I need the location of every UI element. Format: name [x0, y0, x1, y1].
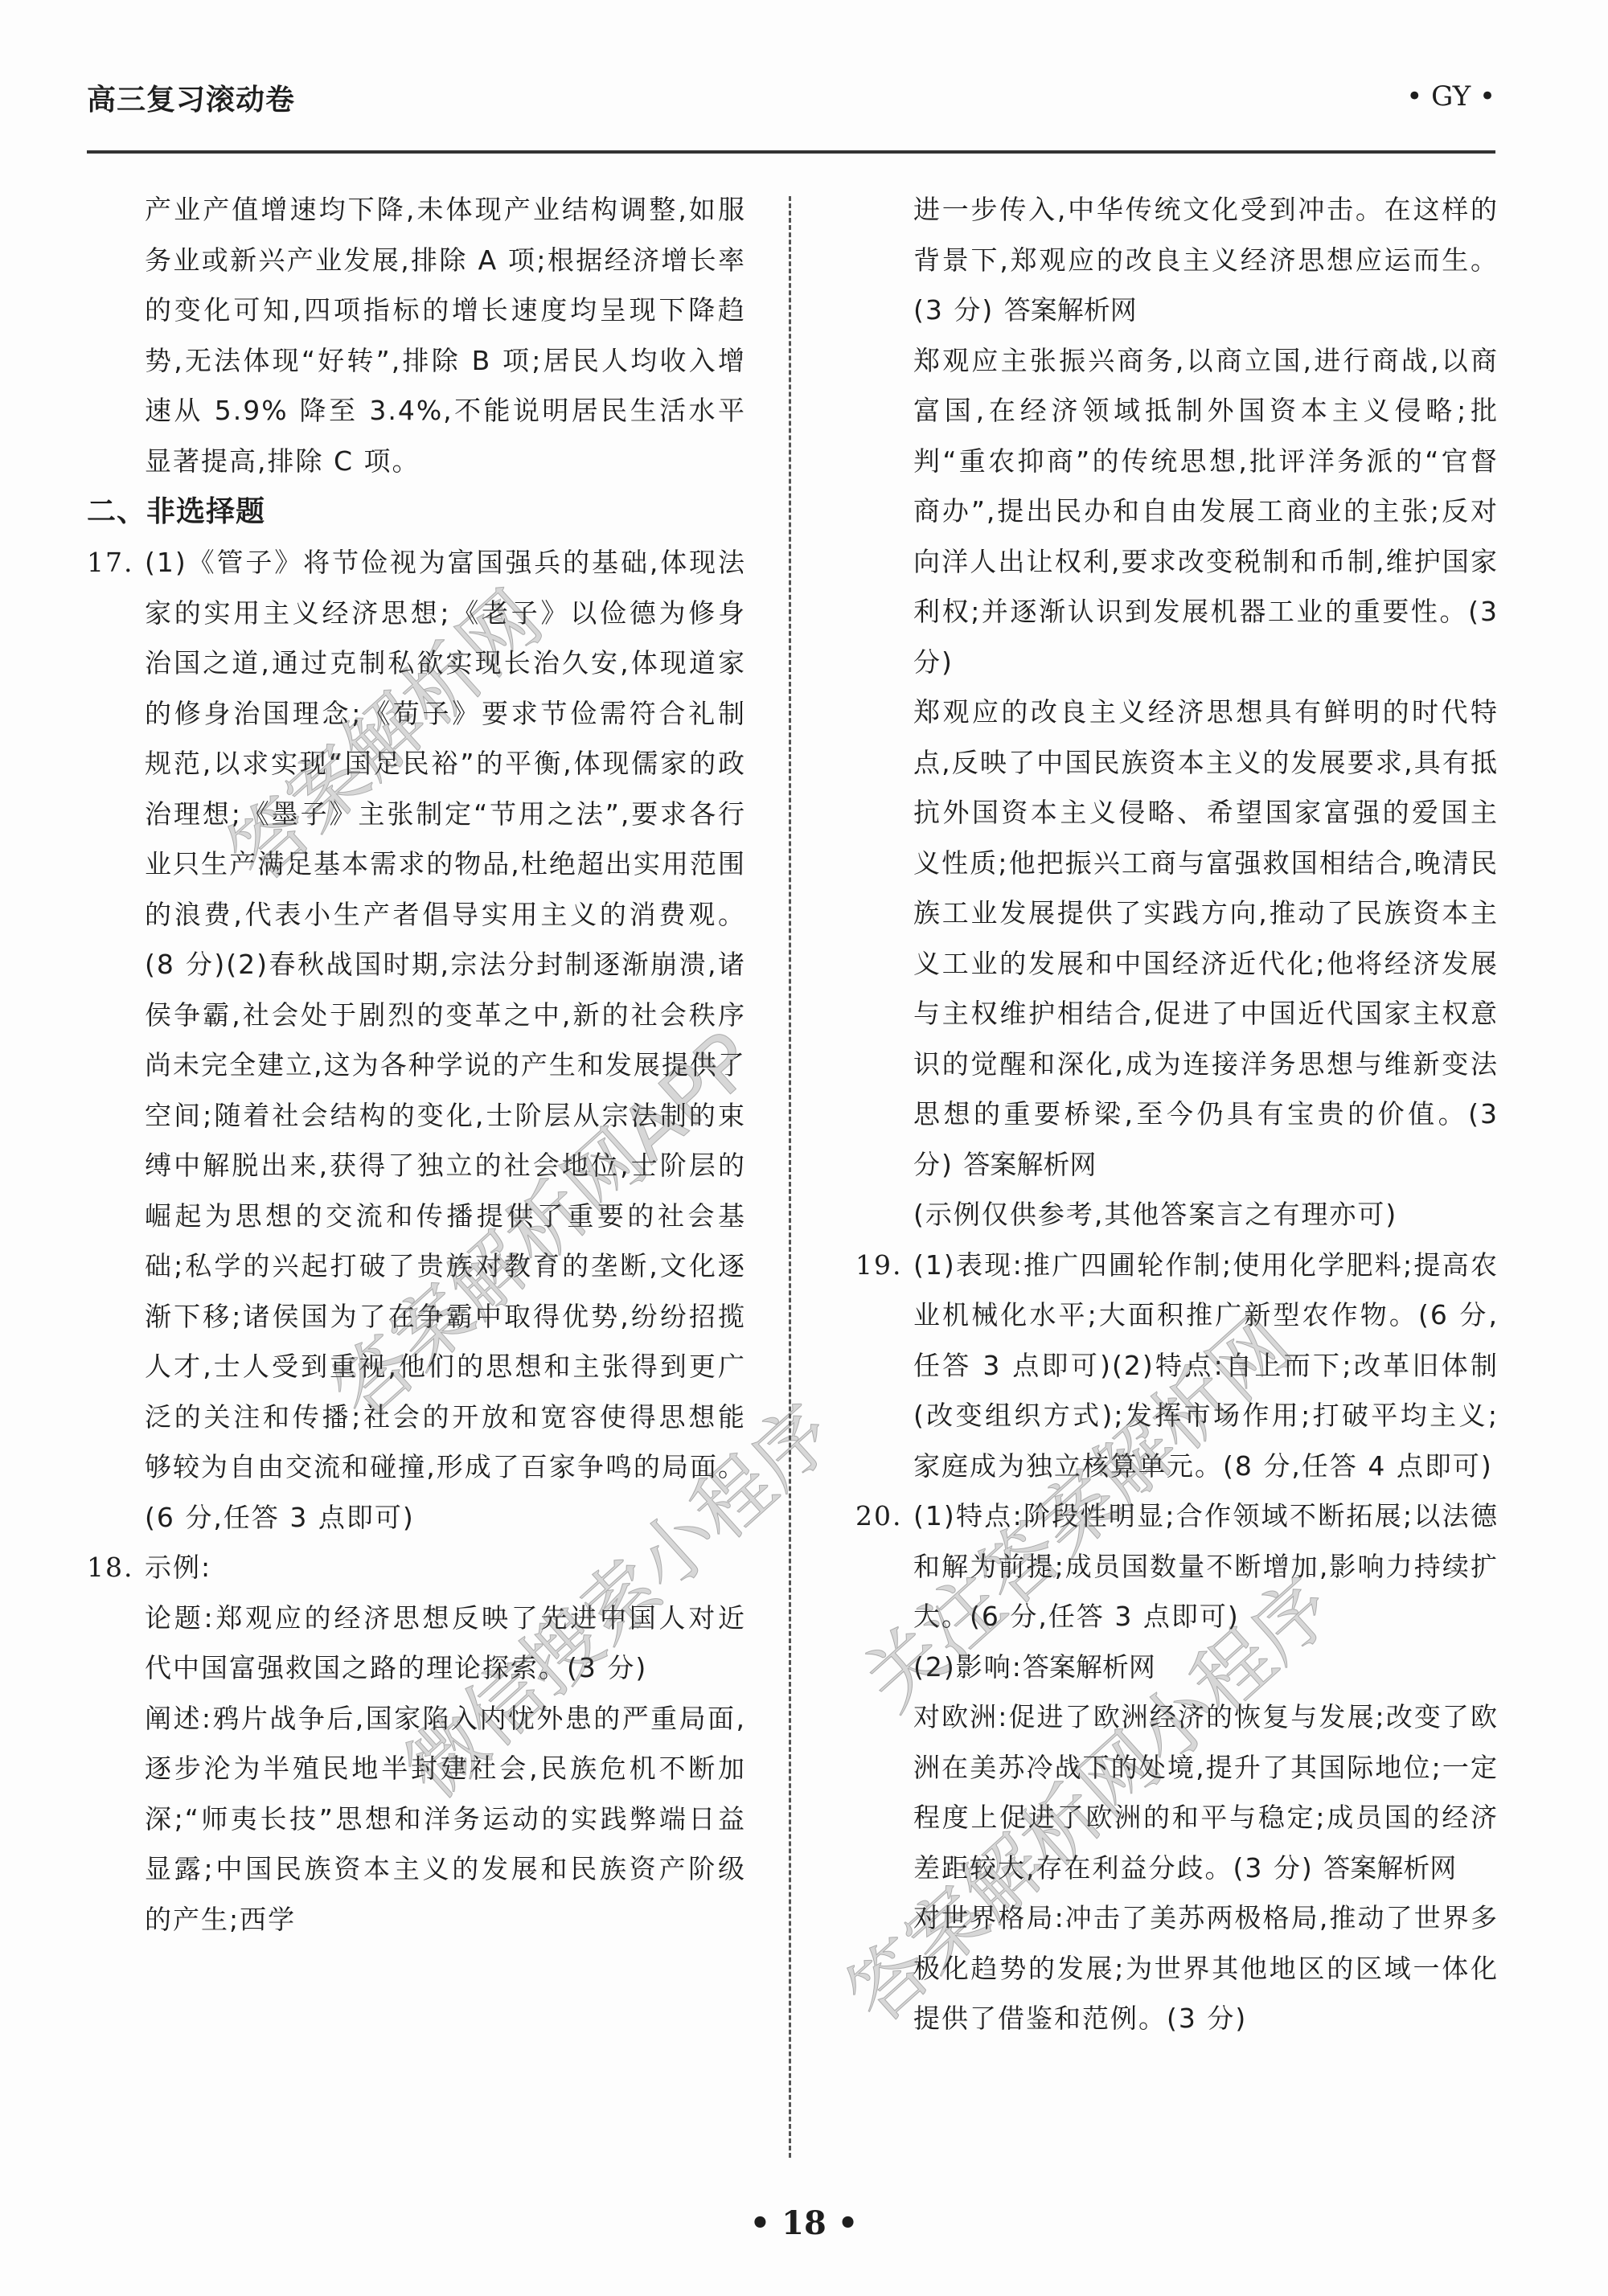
right-column: 进一步传入,中华传统文化受到冲击。在这样的背景下,郑观应的改良主义经济思想应运而… [855, 185, 1499, 2044]
inline-watermark: 答案解析网 [1023, 1651, 1155, 1683]
question-19-answer: (1)表现:推广四圃轮作制;使用化学肥料;提高农业机械化水平;大面积推广新型农作… [913, 1240, 1499, 1492]
question-18-thesis: 论题:郑观应的经济思想反映了先进中国人对近代中国富强救国之路的理论探索。(3 分… [145, 1593, 746, 1694]
question-20-part2-label: (2)影响:答案解析网 [913, 1642, 1499, 1693]
question-number: 17. [87, 538, 133, 588]
section-heading-non-choice: 二、非选择题 [87, 486, 746, 538]
q18-content: 郑观应主张振兴商务,以商立国,进行商战,以商富国,在经济领域抵制外国资本主义侵略… [913, 336, 1499, 688]
subject-code: • GY • [1406, 80, 1495, 113]
question-number: 20. [855, 1491, 902, 1542]
column-divider [789, 196, 791, 2158]
question-18: 18. 示例: 论题:郑观应的经济思想反映了先进中国人对近代中国富强救国之路的理… [87, 1543, 746, 1945]
question-20-part1: (1)特点:阶段性明显;合作领域不断拓展;以法德和解为前提;成员国数量不断增加,… [913, 1491, 1499, 1642]
booklet-title: 高三复习滚动卷 [87, 77, 295, 118]
inline-watermark: 答案解析网 [1004, 294, 1137, 326]
question-18-elaboration: 阐述:鸦片战争后,国家陷入内忧外患的严重局面,逐步沦为半殖民地半封建社会,民族危… [145, 1694, 746, 1945]
question-number: 19. [855, 1240, 902, 1291]
q18-background: 进一步传入,中华传统文化受到冲击。在这样的背景下,郑观应的改良主义经济思想应运而… [913, 185, 1499, 336]
inline-watermark: 答案解析网 [1323, 1852, 1456, 1884]
question-19: 19. (1)表现:推广四圃轮作制;使用化学肥料;提高农业机械化水平;大面积推广… [855, 1240, 1499, 1492]
question-18-label: 示例: [145, 1543, 746, 1593]
question-20-europe: 对欧洲:促进了欧洲经济的恢复与发展;改变了欧洲在美苏冷战下的处境,提升了其国际地… [913, 1692, 1499, 1893]
left-column: 产业产值增速均下降,未体现产业结构调整,如服务业或新兴产业发展,排除 A 项;根… [87, 185, 746, 1945]
question-20-world: 对世界格局:冲击了美苏两极格局,推动了世界多极化趋势的发展;为世界其他地区的区域… [913, 1893, 1499, 2044]
question-18-continued: 进一步传入,中华传统文化受到冲击。在这样的背景下,郑观应的改良主义经济思想应运而… [855, 185, 1499, 1240]
page-header: 高三复习滚动卷 • GY • [87, 77, 1495, 125]
question-17: 17. (1)《管子》将节俭视为富国强兵的基础,体现法家的实用主义经济思想;《老… [87, 538, 746, 1543]
question-number: 18. [87, 1543, 133, 1593]
q18-note: (示例仅供参考,其他答案言之有理亦可) [913, 1190, 1499, 1240]
question-17-answer: (1)《管子》将节俭视为富国强兵的基础,体现法家的实用主义经济思想;《老子》以俭… [145, 538, 746, 1543]
inline-watermark: 答案解析网 [963, 1149, 1096, 1180]
page-number: • 18 • [0, 2204, 1608, 2242]
q18-evaluation: 郑观应的改良主义经济思想具有鲜明的时代特点,反映了中国民族资本主义的发展要求,具… [913, 687, 1499, 1190]
q16-explanation-end: 产业产值增速均下降,未体现产业结构调整,如服务业或新兴产业发展,排除 A 项;根… [87, 185, 746, 486]
header-divider [87, 150, 1495, 154]
question-20: 20. (1)特点:阶段性明显;合作领域不断拓展;以法德和解为前提;成员国数量不… [855, 1491, 1499, 2044]
